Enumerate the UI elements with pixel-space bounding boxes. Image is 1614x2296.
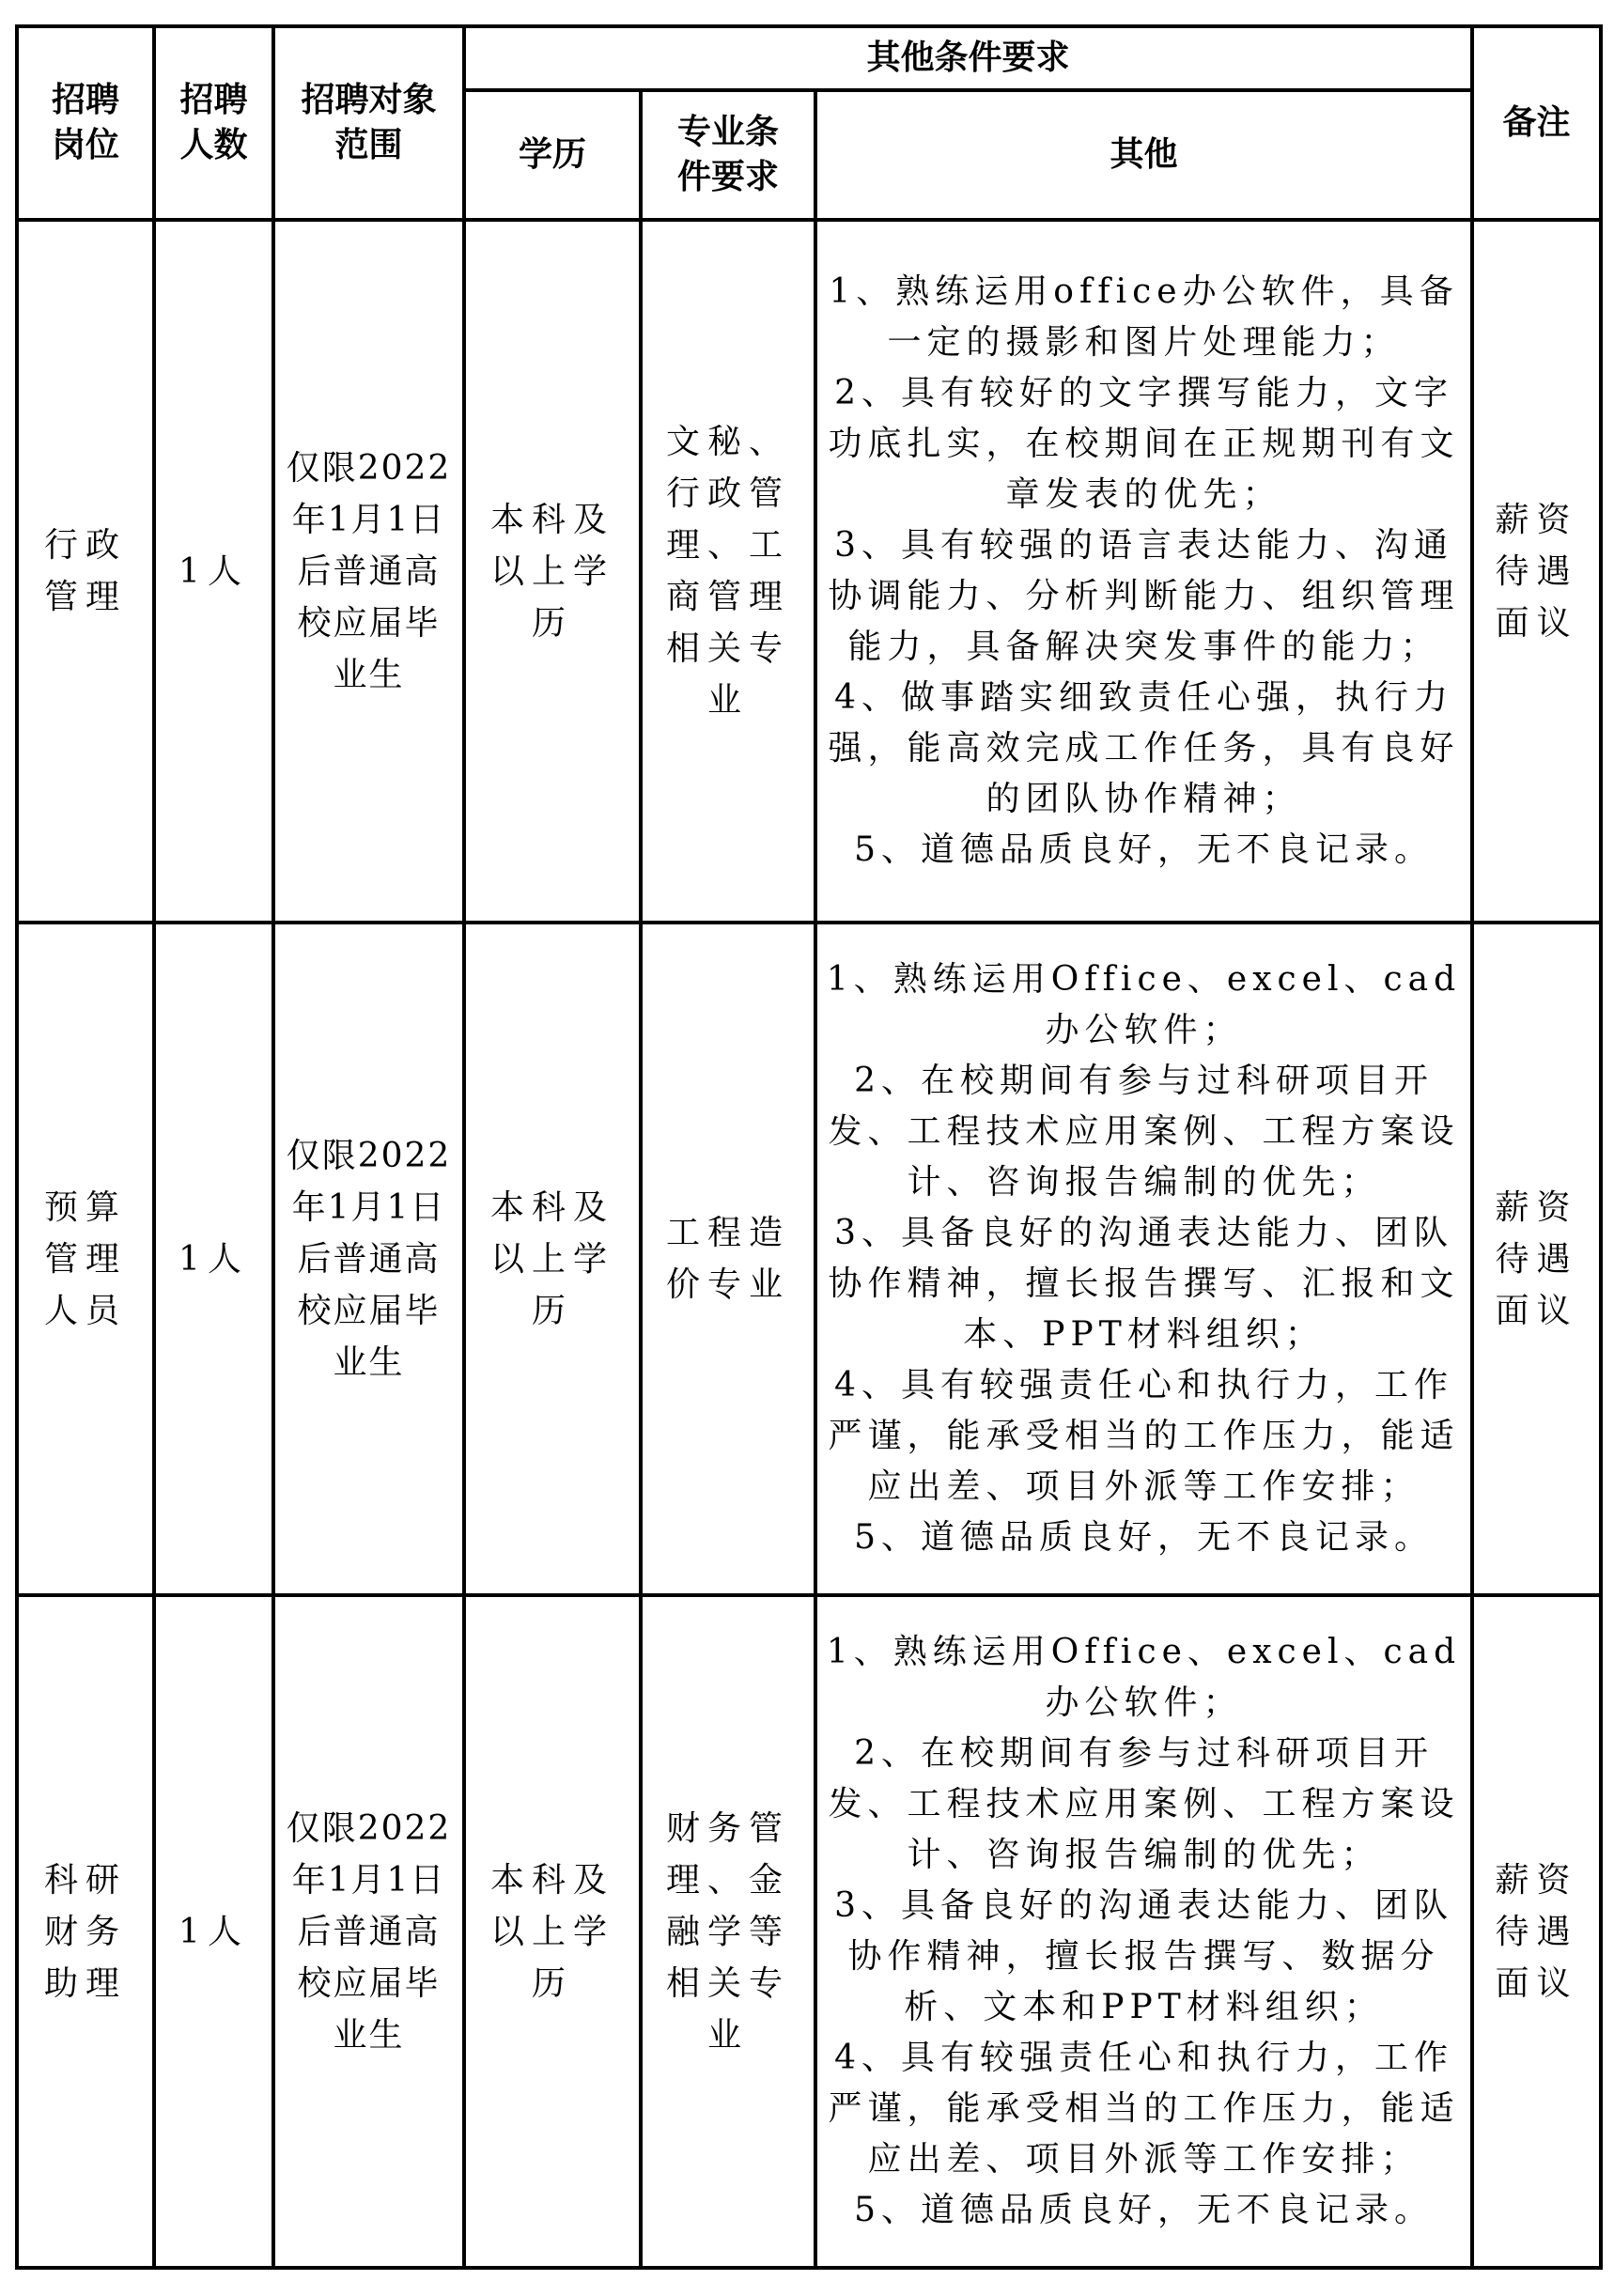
requirement-item: 2、在校期间有参与过科研项目开发、工程技术应用案例、工程方案设计、咨询报告编制的… (817, 1056, 1470, 1208)
requirement-item: 2、具有较好的文字撰写能力，文字功底扎实，在校期间在正规期刊有文章发表的优先； (817, 368, 1470, 520)
header-remark-label: 备注 (1503, 101, 1571, 146)
remark-text: 薪资待遇面议 (1490, 1854, 1584, 2009)
cell-scope: 仅限2022年1月1日后普通高校应届毕业生 (273, 220, 464, 923)
cell-education: 本科及以上学历 (464, 923, 641, 1595)
cell-major: 工程造价专业 (641, 923, 815, 1595)
major-text: 文秘、行政管理、工商管理相关专业 (648, 416, 808, 726)
table-row: 预算 管理 人员 1人 仅限2022年1月1日后普通高校应届毕业生 本科及以上学… (17, 923, 1601, 1595)
requirement-item: 1、熟练运用Office、excel、cad办公软件； (817, 1627, 1470, 1729)
requirement-item: 3、具备良好的沟通表达能力、团队协作精神，擅长报告撰写、汇报和文本、PPT材料组… (817, 1208, 1470, 1360)
scope-text: 仅限2022年1月1日后普通高校应届毕业生 (284, 442, 455, 701)
count-text: 1人 (163, 546, 266, 597)
table-row: 科研 财务 助理 1人 仅限2022年1月1日后普通高校应届毕业生 本科及以上学… (17, 1595, 1601, 2268)
count-text: 1人 (163, 1233, 266, 1285)
major-text: 工程造价专业 (648, 1207, 808, 1311)
header-other-requirements-label: 其他条件要求 (867, 36, 1070, 81)
count-text: 1人 (163, 1906, 266, 1958)
header-position-label: 招聘 岗位 (52, 78, 119, 168)
requirement-item: 3、具备良好的沟通表达能力、团队协作精神，擅长报告撰写、数据分析、文本和PPT材… (817, 1881, 1470, 2033)
requirement-item: 2、在校期间有参与过科研项目开发、工程技术应用案例、工程方案设计、咨询报告编制的… (817, 1729, 1470, 1881)
header-scope: 招聘对象 范围 (273, 26, 464, 220)
header-count: 招聘 人数 (154, 26, 273, 220)
header-major-label: 专业条 件要求 (677, 110, 779, 200)
position-text: 科研 财务 助理 (34, 1854, 137, 2009)
cell-major: 财务管理、金融学等相关专业 (641, 1595, 815, 2268)
table-row: 行政 管理 1人 仅限2022年1月1日后普通高校应届毕业生 本科及以上学历 文… (17, 220, 1601, 923)
scope-text: 仅限2022年1月1日后普通高校应届毕业生 (284, 1803, 455, 2061)
requirement-item: 1、熟练运用Office、excel、cad办公软件； (817, 954, 1470, 1056)
cell-education: 本科及以上学历 (464, 220, 641, 923)
header-education-label: 学历 (519, 132, 586, 178)
header-other-requirements-group: 其他条件要求 (464, 26, 1472, 90)
header-remark: 备注 (1472, 26, 1601, 220)
cell-other-requirements: 1、熟练运用Office、excel、cad办公软件； 2、在校期间有参与过科研… (815, 1595, 1472, 2268)
cell-other-requirements: 1、熟练运用Office、excel、cad办公软件； 2、在校期间有参与过科研… (815, 923, 1472, 1595)
cell-major: 文秘、行政管理、工商管理相关专业 (641, 220, 815, 923)
position-text: 预算 管理 人员 (34, 1182, 137, 1337)
requirement-item: 4、具有较强责任心和执行力，工作严谨，能承受相当的工作压力，能适应出差、项目外派… (817, 1360, 1470, 1513)
cell-education: 本科及以上学历 (464, 1595, 641, 2268)
education-text: 本科及以上学历 (473, 494, 632, 649)
cell-other-requirements: 1、熟练运用office办公软件，具备一定的摄影和图片处理能力； 2、具有较好的… (815, 220, 1472, 923)
cell-scope: 仅限2022年1月1日后普通高校应届毕业生 (273, 923, 464, 1595)
requirement-item: 1、熟练运用office办公软件，具备一定的摄影和图片处理能力； (817, 267, 1470, 368)
requirement-item: 4、做事踏实细致责任心强，执行力强，能高效完成工作任务，具有良好的团队协作精神； (817, 673, 1470, 825)
requirement-item: 5、道德品质良好，无不良记录。 (817, 825, 1470, 876)
recruitment-table: 招聘 岗位 招聘 人数 招聘对象 范围 其他条件要求 备注 学历 专业条 件要求 (15, 24, 1603, 2270)
remark-text: 薪资待遇面议 (1490, 1182, 1584, 1337)
requirement-item: 5、道德品质良好，无不良记录。 (817, 1513, 1470, 1563)
education-text: 本科及以上学历 (473, 1854, 632, 2009)
remark-text: 薪资待遇面议 (1490, 494, 1584, 649)
header-major: 专业条 件要求 (641, 90, 815, 220)
cell-scope: 仅限2022年1月1日后普通高校应届毕业生 (273, 1595, 464, 2268)
table-header: 招聘 岗位 招聘 人数 招聘对象 范围 其他条件要求 备注 学历 专业条 件要求 (17, 26, 1601, 220)
major-text: 财务管理、金融学等相关专业 (648, 1803, 808, 2061)
table-body: 行政 管理 1人 仅限2022年1月1日后普通高校应届毕业生 本科及以上学历 文… (17, 220, 1601, 2268)
cell-count: 1人 (154, 1595, 273, 2268)
cell-count: 1人 (154, 923, 273, 1595)
cell-remark: 薪资待遇面议 (1472, 1595, 1601, 2268)
header-count-label: 招聘 人数 (179, 78, 247, 168)
header-other: 其他 (815, 90, 1472, 220)
requirement-item: 3、具有较强的语言表达能力、沟通协调能力、分析判断能力、组织管理能力，具备解决突… (817, 520, 1470, 673)
scope-text: 仅限2022年1月1日后普通高校应届毕业生 (284, 1130, 455, 1388)
education-text: 本科及以上学历 (473, 1182, 632, 1337)
requirement-item: 4、具有较强责任心和执行力，工作严谨，能承受相当的工作压力，能适应出差、项目外派… (817, 2033, 1470, 2185)
cell-remark: 薪资待遇面议 (1472, 220, 1601, 923)
header-scope-label: 招聘对象 范围 (301, 78, 436, 168)
cell-position: 行政 管理 (17, 220, 154, 923)
cell-remark: 薪资待遇面议 (1472, 923, 1601, 1595)
requirement-item: 5、道德品质良好，无不良记录。 (817, 2185, 1470, 2236)
cell-count: 1人 (154, 220, 273, 923)
header-other-label: 其他 (1110, 132, 1178, 178)
cell-position: 科研 财务 助理 (17, 1595, 154, 2268)
cell-position: 预算 管理 人员 (17, 923, 154, 1595)
position-text: 行政 管理 (34, 520, 137, 623)
header-education: 学历 (464, 90, 641, 220)
header-position: 招聘 岗位 (17, 26, 154, 220)
